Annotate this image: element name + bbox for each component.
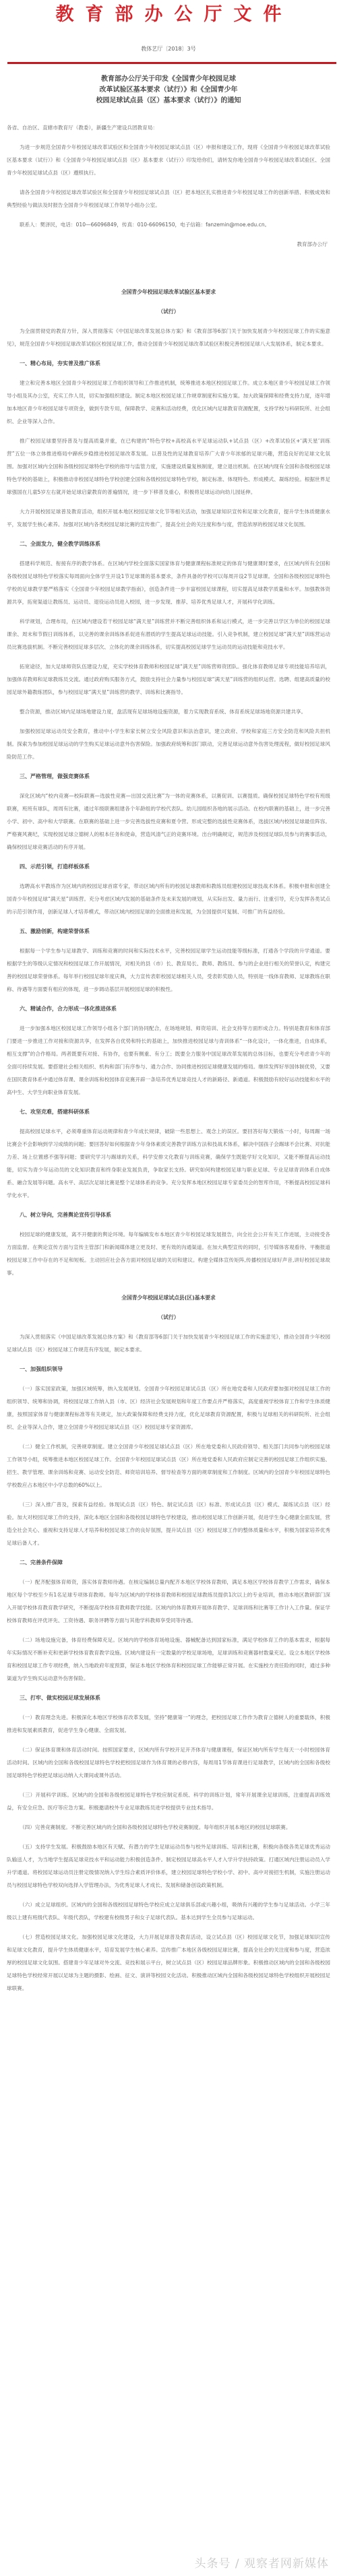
- doc1-title: 全国青少年校园足球改革试验区基本要求: [7, 286, 330, 298]
- section-paragraph: 根据每一个学生参与足球教学、训练和竞赛的时间和实际技术水平，完善校园足球学生运动…: [7, 944, 330, 996]
- section-paragraph: 加强校园足球运动员安全教育，推动中小学生和家长树立安全风险意识和法治意识，建立政…: [7, 725, 330, 763]
- section-paragraph: 推广校园足球要坚持普及与提高质量并重，在已构建的“特色学校+高校高水平足球运动队…: [7, 434, 330, 498]
- section-heading: 一、加强组织领导: [7, 1363, 330, 1376]
- section-paragraph: 建立和完善本地区全国青少年校园足球工作组织领导和工作推进机制，统筹推进本地区校园…: [7, 377, 330, 428]
- notice-title: 教育部办公厅关于印发《全国青少年校园足球 改革试验区基本要求（试行）》和《全国青…: [7, 74, 330, 106]
- section-paragraph: （四）完善竞赛制度。不断完善区域内的全国和各级校园足球特色学校竞赛制度。每年组织…: [7, 1821, 330, 1834]
- contact-info: 联系人：樊泽民，电话：010—66096849，传真：010-66096150，…: [7, 218, 330, 231]
- section-paragraph: 深化区域内“校内竞赛—校际联赛—选拔性竞赛—出国交流比赛”为一体的竞赛体系，以赛…: [7, 790, 330, 854]
- section-paragraph: 提高校园足球水平，必须尊重体育运动规律和青少年成长规律，破除一些思想上、观念上的…: [7, 1125, 330, 1202]
- notice-paragraph: 请各全国青少年校园足球改革试验区和全国青少年校园足球试点县（区）把本地区扎实推进…: [7, 186, 330, 212]
- section-heading: 五、激励创新，构建荣誉体系: [7, 925, 330, 938]
- doc2-subtitle: （试行）: [7, 1311, 330, 1324]
- section-paragraph: 选聘高水平教练作为区域内的校园足球首席专家，带动区域内所有的校园足球教师和教练员…: [7, 880, 330, 918]
- section-heading: 四、示范引领，打造样板体系: [7, 860, 330, 873]
- section-paragraph: （二）场地设施完备，体育经费保障充足。区域内的学校体育场地设施、器械配备达到国家…: [7, 1634, 330, 1685]
- notice-title-line: 教育部办公厅关于印发《全国青少年校园足球: [7, 74, 330, 85]
- red-divider-line: [7, 62, 336, 64]
- section-paragraph: 搭建科学规范、衔接有序的教学体系。在区域内学校全面落实国家体育与健康课程标准规定…: [7, 557, 330, 608]
- section-paragraph: 大力开展校园足球普及教育活动，组织开展本地区校园足球文化节等相关活动，加强足球知…: [7, 505, 330, 531]
- section-paragraph: 科学规划，合理布局，在区域内建设若干校园足球“满天星”训练营并不断完善组织体系和…: [7, 615, 330, 653]
- section-paragraph: 拓宽途径，加大足球师资队伍建设力度，充实学校体育教师和校园足球“满天星”训练营师…: [7, 660, 330, 699]
- section-paragraph: （三）开展科学训练。区域内的全国和各级校园足球特色学校应制定系统、科学的训练计划…: [7, 1789, 330, 1814]
- notice-title-line: 改革试验区基本要求（试行）》和《全国青少年: [7, 85, 330, 96]
- section-paragraph: （七）营造校园足球文化。加强校园足球文化建设，大力开展足球普及教育活动，设立试点…: [7, 1931, 330, 1995]
- section-heading: 一、精心布局，夯实普及推广体系: [7, 357, 330, 370]
- section-heading: 三、打牢、做实校园足球发展体系: [7, 1692, 330, 1704]
- document-page: 教育部办公厅文件 教体艺厅〔2018〕3号 教育部办公厅关于印发《全国青少年校园…: [0, 0, 337, 1995]
- doc1-sections: 一、精心布局，夯实普及推广体系建立和完善本地区全国青少年校园足球工作组织领导和工…: [7, 350, 330, 1279]
- section-paragraph: （一）配齐配强体育师资，落实体育教师待遇。在核定编制总量内配齐本地区学校体育教师…: [7, 1576, 330, 1627]
- addressee: 各省、自治区、直辖市教育厅（教委），新疆生产建设兵团教育局：: [7, 121, 330, 134]
- watermark: 头条号 / 观察者网新媒体: [194, 2554, 329, 2571]
- section-heading: 二、全面发力，健全教学训练体系: [7, 538, 330, 550]
- section-paragraph: （六）成立足球组织。区域内的全国和各级校园足球特色学校应成立足球俱乐部或兴趣小组…: [7, 1898, 330, 1924]
- section-paragraph: （五）支持学生发展。积极鼓励本地区有天赋、有潜力的学生足球运动员参与校外足球训练…: [7, 1840, 330, 1892]
- doc1-subtitle: （试行）: [7, 305, 330, 318]
- section-paragraph: （三）深入推广普及，探索有益经验。体现试点县（区）特色、制定试点县（区）标准、形…: [7, 1498, 330, 1549]
- section-heading: 八、树立导向，完善舆论宣传引导体系: [7, 1209, 330, 1221]
- section-paragraph: （二）健全工作机制，完善规章制度。建立全国青少年校园足球试点县（区）所在地党委和…: [7, 1440, 330, 1491]
- section-heading: 六、精诚合作，合力形成一体化推进体系: [7, 1002, 330, 1015]
- section-paragraph: 整合资源，推动区域内足球场地建设力度，盘活现有足球场地设施资源，着力实现教育系统…: [7, 705, 330, 718]
- section-paragraph: （一）落实国家政策，加强区域统筹，纳入发展规划。全国青少年校园足球试点县（区）所…: [7, 1382, 330, 1434]
- notice-paragraph: 为进一步规范全国青少年校园足球改革试验区和全国青少年校园足球试点县（区）申报和建…: [7, 141, 330, 179]
- notice-title-line: 校园足球试点县（区）基本要求（试行）》的通知: [7, 96, 330, 106]
- signature: 教育部办公厅: [7, 238, 330, 251]
- doc2-title: 全国青少年校园足球试点县(区)基本要求: [7, 1291, 330, 1304]
- document-number: 教体艺厅〔2018〕3号: [7, 45, 330, 53]
- section-heading: 三、严格管理，做强竞赛体系: [7, 770, 330, 783]
- masthead-title: 教育部办公厅文件: [7, 0, 330, 30]
- doc2-sections: 一、加强组织领导（一）落实国家政策，加强区域统筹，纳入发展规划。全国青少年校园足…: [7, 1356, 330, 1995]
- section-heading: 七、攻坚克难，搭建科研体系: [7, 1105, 330, 1118]
- section-paragraph: 校园足球的健康发展，离不开健康的舆论环境。每年编辑发布本地区青少年校园足球发展报…: [7, 1228, 330, 1279]
- doc2-intro: 为深入贯彻落实《中国足球改革发展总体方案》和《教育部等6部门关于加快发展青少年校…: [7, 1330, 330, 1356]
- section-heading: 二、完善条件保障: [7, 1556, 330, 1569]
- doc1-intro: 为全面贯彻党的教育方针，深入贯彻落实《中国足球改革发展总体方案》和《教育部等6部…: [7, 325, 330, 350]
- section-paragraph: （二）保证体育课和体育活动时间。按照国家要求，区域内所有学校开足开齐体育与健康课…: [7, 1743, 330, 1782]
- section-paragraph: （一）教育理念先进。积极深化本地区学校体育改革发展，坚持“健康第一”的理念，把校…: [7, 1711, 330, 1737]
- section-paragraph: 进一步加强本地区校园足球工作领导小组各个部门的协同配合，在场地规划、师资培训、社…: [7, 1022, 330, 1099]
